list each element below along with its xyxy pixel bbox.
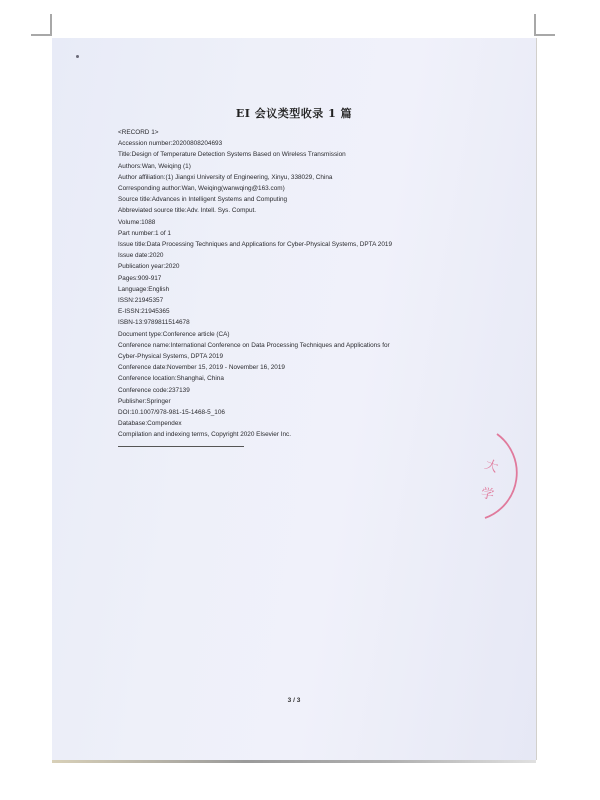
field-label: ISSN:: [118, 297, 135, 304]
red-seal-stamp: 大 学: [457, 426, 557, 526]
field-label: ISBN-13:: [118, 319, 144, 326]
field-label: Conference date:: [118, 364, 167, 371]
field-value: Wan, Weiqing (1): [142, 163, 191, 170]
record-field: Issue date:2020: [118, 250, 518, 261]
field-value: (1) Jiangxi University of Engineering, X…: [166, 174, 333, 181]
field-label: Database:: [118, 420, 147, 427]
record-field: ISBN-13:9789811514678: [118, 317, 518, 328]
record-field: Source title:Advances in Intelligent Sys…: [118, 194, 518, 205]
crop-mark-top-left: [31, 34, 52, 36]
record-fields: Accession number:20200808204693Title:Des…: [118, 138, 518, 440]
record-field: Language:English: [118, 284, 518, 295]
record-field: Pages:909-917: [118, 273, 518, 284]
field-value: Shanghai, China: [177, 375, 224, 382]
field-value: 20200808204693: [172, 140, 222, 147]
record-field: Authors:Wan, Weiqing (1): [118, 161, 518, 172]
field-label: Abbreviated source title:: [118, 207, 187, 214]
record-field: Publication year:2020: [118, 261, 518, 272]
record-field: Accession number:20200808204693: [118, 138, 518, 149]
field-value: English: [148, 286, 169, 293]
field-label: Document type:: [118, 331, 163, 338]
dust-speck: [76, 55, 79, 58]
field-value: Adv. Intell. Sys. Comput.: [187, 207, 257, 214]
field-label: Language:: [118, 286, 148, 293]
field-value: 1 of 1: [155, 230, 171, 237]
record-body: <RECORD 1> Accession number:202008082046…: [118, 127, 518, 447]
field-label: E-ISSN:: [118, 308, 141, 315]
record-field: Document type:Conference article (CA): [118, 329, 518, 340]
field-label: Conference name:: [118, 342, 171, 349]
field-value: 21945357: [135, 297, 163, 304]
field-value: Data Processing Techniques and Applicati…: [147, 241, 392, 248]
field-label: Corresponding author:: [118, 185, 182, 192]
field-value: 237139: [168, 387, 189, 394]
record-field: Cyber-Physical Systems, DPTA 2019: [118, 351, 518, 362]
record-field: Part number:1 of 1: [118, 228, 518, 239]
field-label: Accession number:: [118, 140, 172, 147]
field-value: Cyber-Physical Systems, DPTA 2019: [118, 353, 223, 360]
field-value: 1088: [141, 219, 155, 226]
record-field: Publisher:Springer: [118, 396, 518, 407]
crop-mark-top-left: [50, 14, 52, 36]
crop-mark-top-right: [534, 14, 536, 36]
record-field: Corresponding author:Wan, Weiqing(wanwqi…: [118, 183, 518, 194]
field-value: Advances in Intelligent Systems and Comp…: [152, 196, 287, 203]
field-value: 909-917: [138, 275, 161, 282]
field-label: Pages:: [118, 275, 138, 282]
field-value: International Conference on Data Process…: [171, 342, 390, 349]
field-label: Title:: [118, 151, 132, 158]
record-field: Conference code:237139: [118, 385, 518, 396]
field-label: Publication year:: [118, 263, 165, 270]
field-value: Design of Temperature Detection Systems …: [132, 151, 346, 158]
field-value: Wan, Weiqing(wanwqing@163.com): [182, 185, 285, 192]
record-field: ISSN:21945357: [118, 295, 518, 306]
field-label: Issue title:: [118, 241, 147, 248]
field-label: Volume:: [118, 219, 141, 226]
field-value: 2020: [165, 263, 179, 270]
field-value: 10.1007/978-981-15-1468-5_106: [131, 409, 225, 416]
field-label: Conference code:: [118, 387, 168, 394]
field-label: Author affiliation:: [118, 174, 166, 181]
field-value: Compendex: [147, 420, 181, 427]
separator-rule: [118, 446, 244, 447]
field-label: Source title:: [118, 196, 152, 203]
field-label: Publisher:: [118, 398, 146, 405]
field-value: Compilation and indexing terms, Copyrigh…: [118, 431, 291, 438]
field-value: 21945365: [141, 308, 169, 315]
record-field: Conference name:International Conference…: [118, 340, 518, 351]
page-number: 3 / 3: [52, 697, 536, 704]
field-label: Authors:: [118, 163, 142, 170]
record-marker: <RECORD 1>: [118, 127, 518, 138]
crop-mark-top-right: [534, 34, 555, 36]
field-label: Part number:: [118, 230, 155, 237]
record-field: Conference location:Shanghai, China: [118, 373, 518, 384]
record-field: Author affiliation:(1) Jiangxi Universit…: [118, 172, 518, 183]
record-field: DOI:10.1007/978-981-15-1468-5_106: [118, 407, 518, 418]
field-value: Conference article (CA): [163, 331, 230, 338]
field-label: Conference location:: [118, 375, 177, 382]
field-value: 2020: [149, 252, 163, 259]
field-label: Issue date:: [118, 252, 149, 259]
svg-text:大: 大: [483, 456, 501, 475]
record-field: Abbreviated source title:Adv. Intell. Sy…: [118, 205, 518, 216]
field-label: DOI:: [118, 409, 131, 416]
record-field: Issue title:Data Processing Techniques a…: [118, 239, 518, 250]
field-value: 9789811514678: [144, 319, 190, 326]
record-field: Title:Design of Temperature Detection Sy…: [118, 149, 518, 160]
record-field: Conference date:November 15, 2019 - Nove…: [118, 362, 518, 373]
page-heading: EI 会议类型收录 1 篇: [52, 105, 536, 121]
record-field: Volume:1088: [118, 217, 518, 228]
svg-text:学: 学: [480, 486, 495, 503]
scanned-page: EI 会议类型收录 1 篇 <RECORD 1> Accession numbe…: [52, 38, 536, 760]
field-value: November 15, 2019 - November 16, 2019: [167, 364, 285, 371]
field-value: Springer: [146, 398, 170, 405]
record-field: E-ISSN:21945365: [118, 306, 518, 317]
